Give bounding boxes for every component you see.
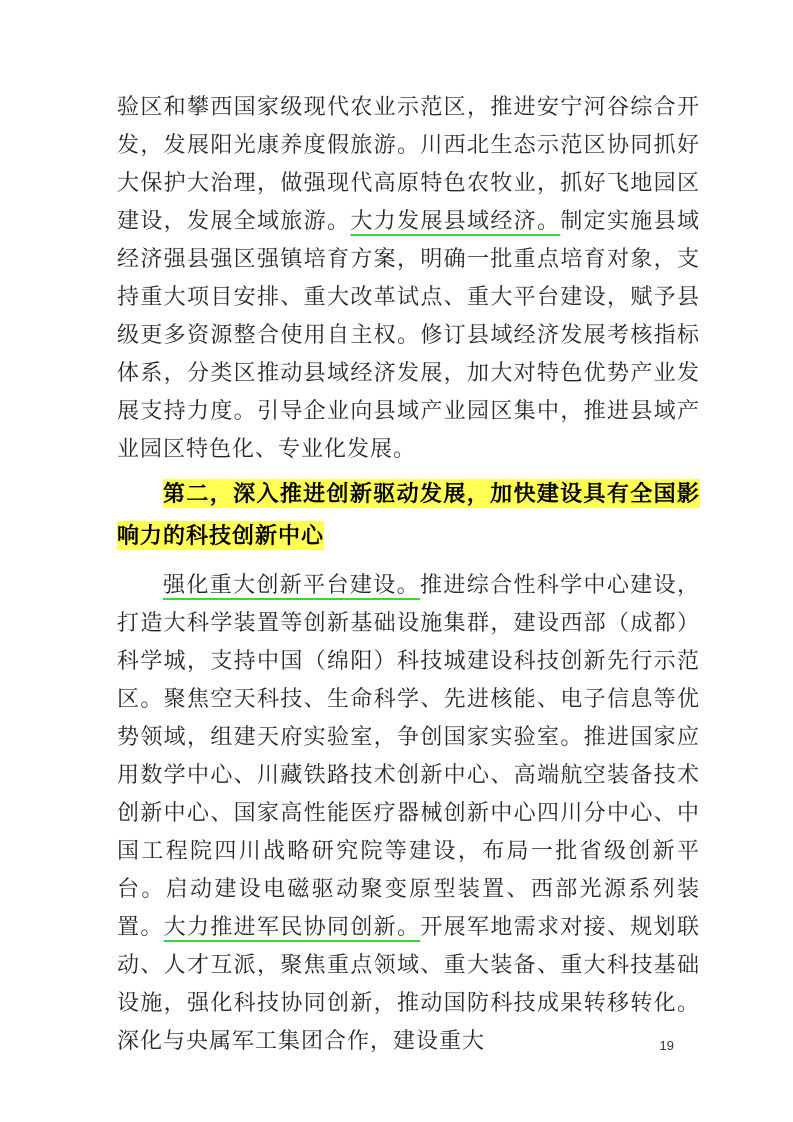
highlighted-heading-text: 第二，深入推进创新驱动发展，加快建设具有全国影响力的科技创新中心 [117, 479, 700, 550]
underlined-phrase: 大力发展县域经济。 [350, 208, 560, 233]
text-run: 制定实施县域经济强县强区强镇培育方案，明确一批重点培育对象，支持重大项目安排、重… [117, 208, 700, 461]
paragraph: 验区和攀西国家级现代农业示范区，推进安宁河谷综合开发，发展阳光康养度假旅游。川西… [117, 88, 700, 468]
document-page: 验区和攀西国家级现代农业示范区，推进安宁河谷综合开发，发展阳光康养度假旅游。川西… [0, 0, 793, 1122]
page-number: 19 [660, 1038, 674, 1053]
paragraph: 强化重大创新平台建设。推进综合性科学中心建设，打造大科学装置等创新基础设施集群，… [117, 566, 700, 1060]
underlined-phrase: 大力推进军民协同创新。 [164, 914, 421, 939]
section-heading: 第二，深入推进创新驱动发展，加快建设具有全国影响力的科技创新中心 [117, 473, 700, 557]
underlined-phrase: 强化重大创新平台建设。 [163, 572, 420, 597]
text-run: 推进综合性科学中心建设，打造大科学装置等创新基础设施集群，建设西部（成都）科学城… [117, 572, 700, 939]
text-column: 验区和攀西国家级现代农业示范区，推进安宁河谷综合开发，发展阳光康养度假旅游。川西… [117, 88, 700, 1060]
